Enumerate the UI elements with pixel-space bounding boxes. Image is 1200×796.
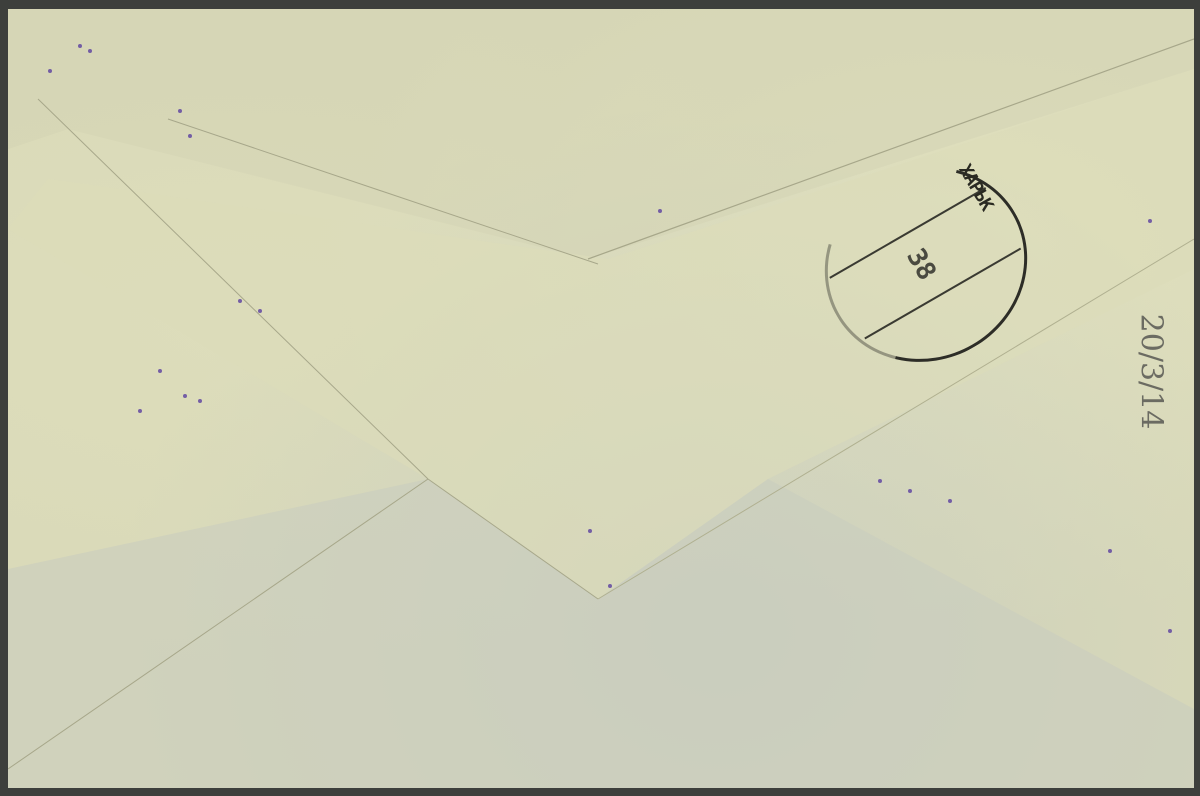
postmark-date: 38 bbox=[900, 243, 942, 285]
envelope-flaps bbox=[8, 9, 1194, 788]
envelope-back: ХАРЬК 38 20/3/14 bbox=[8, 9, 1194, 788]
handwritten-date-note: 20/3/14 bbox=[1133, 314, 1168, 430]
